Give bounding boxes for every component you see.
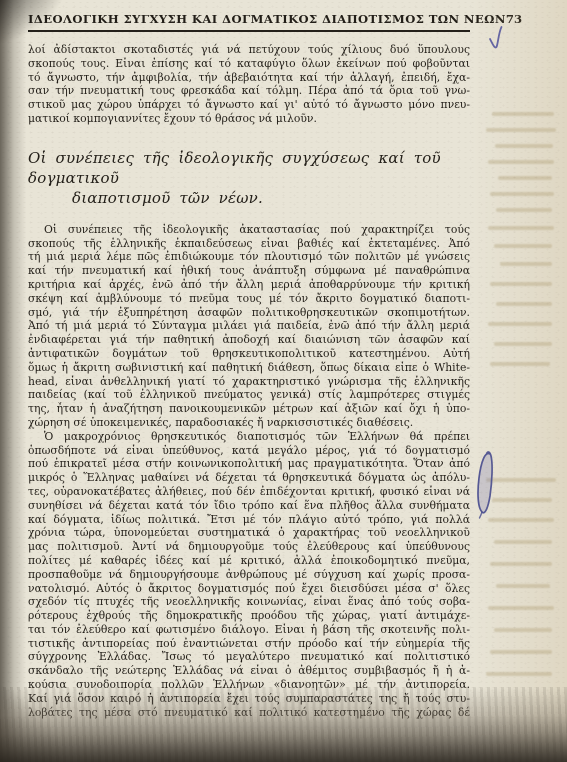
show-through-line [498, 176, 552, 180]
running-header: ΙΔΕΟΛΟΓΙΚΗ ΣΥΓΧΥΣΗ ΚΑΙ ΔΟΓΜΑΤΙΚΟΣ ΔΙΑΠΟΤ… [28, 12, 470, 32]
chapter-title: ΙΔΕΟΛΟΓΙΚΗ ΣΥΓΧΥΣΗ ΚΑΙ ΔΟΓΜΑΤΙΚΟΣ ΔΙΑΠΟΤ… [28, 12, 506, 26]
pen-mark-check-icon [486, 24, 512, 56]
text-line: λοβάτες της μέσα στό πνευματικό καί πολι… [28, 706, 470, 720]
text-line: ὁπωσδήποτε νά εἶναι ὑπεύθυνος, κατά μεγά… [28, 444, 470, 458]
show-through-line [492, 498, 552, 502]
show-through-line [490, 282, 552, 286]
text-line: κούσια συνοδοιπορία πολλῶν Ἑλλήνων «διαν… [28, 678, 470, 692]
show-through-line [490, 192, 554, 196]
text-line: πολίτες μέ καθαρές ἰδέες καί μέ κριτικό,… [28, 554, 470, 568]
page-number: 73 [506, 12, 522, 26]
show-through-line [496, 208, 552, 212]
text-line: κριτήρια καί ἀρχές, ἐνῶ ἀπό τήν ἄλλη μερ… [28, 278, 470, 292]
text-line: head, εἶναι ἀνθελληνική γιατί τό χαρακτη… [28, 375, 470, 389]
show-through-line [486, 672, 552, 676]
section-heading-line: διαποτισμοῦ τῶν νέων. [72, 188, 470, 208]
text-line: χώρηση σέ ὑποκειμενικές, παραδοσιακές ἤ … [28, 416, 470, 430]
text-line: συνηθίσει νά δέχεται κατά τόν ἴδιο τρόπο… [28, 499, 470, 513]
show-through-line [496, 584, 550, 588]
show-through-line [494, 628, 552, 632]
text-line: μικρός ὁ Ἕλληνας μαθαίνει νά δέχεται τά … [28, 471, 470, 485]
paragraph-continuation: λοί ἀδίστακτοι σκοταδιστές γιά νά πετύχο… [28, 43, 470, 126]
show-through-line [488, 160, 554, 164]
show-through-line [495, 144, 553, 148]
text-line: της, ἦταν ἡ ἀναζήτηση πανοικουμενικῶν μέ… [28, 402, 470, 416]
text-line: ται τόν ἐλεύθερο καί φωτισμένο διάλογο. … [28, 623, 470, 637]
text-line: τες, οὐρανοκατέβατες ἀλήθειες, πού δέν ἐ… [28, 485, 470, 499]
text-line: στικοῦ μας χώρου ὑπάρχει τό ἄγνωστο καί … [28, 98, 470, 112]
show-through-line [496, 302, 552, 306]
paragraph-consequences: Οἱ συνέπειες τῆς ἰδεολογικῆς ἀκαταστασία… [28, 223, 470, 430]
text-line: ρότερους ἐχθρούς τῆς δημοκρατικῆς προόδο… [28, 609, 470, 623]
text-line: σμό, γιά τήν ἐξυπηρέτηση ἀσαφῶν πολιτικο… [28, 306, 470, 320]
show-through-line [486, 128, 556, 132]
show-through-line [488, 606, 554, 610]
text-line: σκάνδαλο τῆς νεώτερης Ἑλλάδας νά εἶναι ὁ… [28, 664, 470, 678]
paragraph-indoctrination: Ὁ μακροχρόνιος θρησκευτικός διαποτισμός … [28, 430, 470, 720]
text-line: λοί ἀδίστακτοι σκοταδιστές γιά νά πετύχο… [28, 43, 470, 57]
pen-mark-loop-icon [472, 446, 506, 524]
show-through-line [490, 650, 552, 654]
text-line: πού ἐπικρατεῖ μέσα στήν κοινωνικοπολιτικ… [28, 457, 470, 471]
show-through-line [494, 540, 552, 544]
text-line: μας πολιτισμοῦ. Ἀντί νά δημιουργοῦμε τού… [28, 540, 470, 554]
text-line: σαν τήν πνευματική τους φρεσκάδα καί τόλ… [28, 84, 470, 98]
text-line: σχεδόν τίς πτυχές τῆς νεοελληνικῆς κοινω… [28, 595, 470, 609]
show-through-line [488, 226, 554, 230]
show-through-line [490, 362, 550, 366]
text-line: προσπαθοῦμε νά δημιουργήσουμε ἀνθρώπους … [28, 568, 470, 582]
show-through-line [494, 342, 552, 346]
show-through-line [492, 112, 554, 116]
show-through-line [494, 244, 552, 248]
text-line: σκοπούς τους. Εἶναι ἐπίσης καί τό καταφύ… [28, 57, 470, 71]
text-line: ἐνδιαφέρεται γιά τήν παθητική ἀποδοχή κα… [28, 333, 470, 347]
text-line: τή μιά μεριά λέμε πῶς ἐπιδιώκουμε τόν πλ… [28, 250, 470, 264]
text-line: παιδείας (καί τοῦ ἑλληνικοῦ πνεύματος γε… [28, 388, 470, 402]
text-line: Ἀπό τή μιά μεριά τό Σύνταγμα μιλάει γιά … [28, 319, 470, 333]
text-line: ματικοί κομπογιαννίτες ἔχουν τό θράσος ν… [28, 112, 470, 126]
show-through-line [500, 262, 552, 266]
text-line: σκέψη καί ἀμβλύνουμε τό πνεῦμα τους μέ τ… [28, 292, 470, 306]
text-line: καί τήν πνευματική καί ἠθική τους ἀνάπτυ… [28, 264, 470, 278]
text-line: σκοπούς τῆς ἑλληνικῆς ἐκπαιδεύσεως εἶναι… [28, 237, 470, 251]
text-line: σύγχρονης Ἑλλάδας. Ἴσως τό μεγαλύτερο πν… [28, 650, 470, 664]
text-line: ὅμως ἡ ἄκριτη σωβινιστική καί παθητική δ… [28, 361, 470, 375]
text-line: Καί γιά ὅσον καιρό ἡ ἀντιπορεία ἔχει τού… [28, 692, 470, 706]
text-line: ἀντιφατικῶν δογμάτων τοῦ θρησκευτικοπολι… [28, 347, 470, 361]
text-line: χρόνια τώρα, ὑπονομεύεται συστηματικά ὁ … [28, 526, 470, 540]
section-heading-line: Οἱ συνέπειες τῆς ἰδεολογικῆς συγχύσεως κ… [28, 148, 470, 188]
section-heading: Οἱ συνέπειες τῆς ἰδεολογικῆς συγχύσεως κ… [28, 148, 470, 208]
show-through-line [490, 562, 552, 566]
text-line: καί δόγματα, ἰδίως πολιτικά. Ἔτσι μέ τόν… [28, 513, 470, 527]
text-line: τιστικῆς ἀντιπορείας πού ἐναντιώνεται στ… [28, 637, 470, 651]
text-line: Οἱ συνέπειες τῆς ἰδεολογικῆς ἀκαταστασία… [28, 223, 470, 237]
text-column: ΙΔΕΟΛΟΓΙΚΗ ΣΥΓΧΥΣΗ ΚΑΙ ΔΟΓΜΑΤΙΚΟΣ ΔΙΑΠΟΤ… [28, 12, 470, 719]
show-through-line [488, 322, 552, 326]
show-through-line [486, 478, 556, 482]
show-through-line [488, 518, 554, 522]
scanned-book-page: ΙΔΕΟΛΟΓΙΚΗ ΣΥΓΧΥΣΗ ΚΑΙ ΔΟΓΜΑΤΙΚΟΣ ΔΙΑΠΟΤ… [0, 0, 567, 762]
text-line: νατολισμό. Αὐτός ὁ ἄκριτος δογματισμός π… [28, 582, 470, 596]
text-line: τό ἄγνωστο, τήν ἀμφιβολία, τήν ἀβεβαιότη… [28, 71, 470, 85]
text-line: Ὁ μακροχρόνιος θρησκευτικός διαποτισμός … [28, 430, 470, 444]
